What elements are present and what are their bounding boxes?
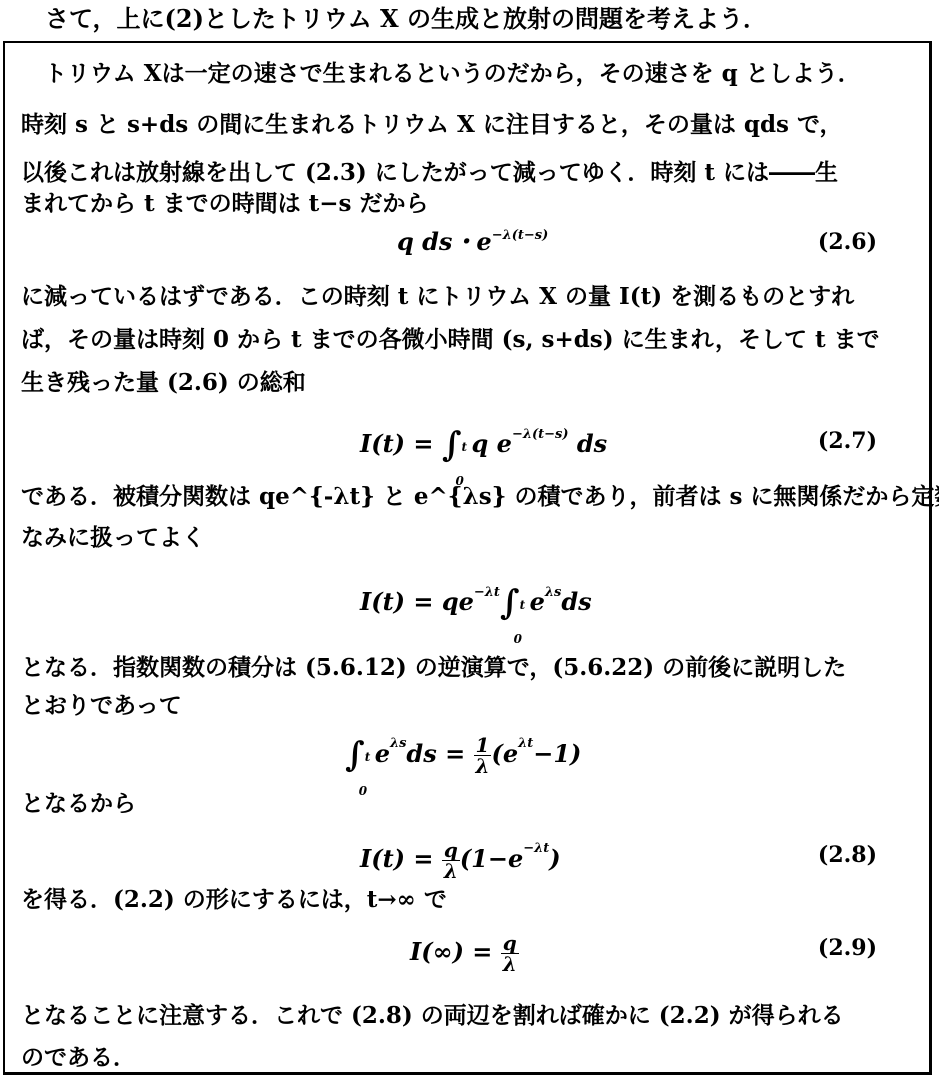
paragraph-line: まれてから t までの時間は t−s だから [21, 189, 429, 219]
intro-line: さて，上に(2)としたトリウム X の生成と放射の問題を考えよう． [45, 2, 767, 36]
equation-number: (2.7) [818, 426, 877, 456]
paragraph-line: 以後これは放射線を出して (2.3) にしたがって減ってゆく．時刻 t には――… [21, 158, 838, 188]
equation-exp-integral: ∫t0eλsds = 1λ(eλt−1) [345, 735, 581, 776]
equation-2-8: I(t) = qλ(1−e−λt) (2.8) [360, 840, 917, 881]
equation-number: (2.6) [818, 227, 877, 257]
paragraph-line: のである． [21, 1043, 136, 1073]
equation-factored-integral: I(t) = qe−λt∫t0eλsds [360, 584, 592, 617]
paragraph-line: である．被積分関数は qe^{-λt} と e^{λs} の積であり，前者は s… [21, 482, 939, 512]
paragraph-line: なみに扱ってよく [21, 523, 205, 553]
paragraph-line: トリウム Xは一定の速さで生まれるというのだから，その速さを q としよう． [21, 59, 861, 89]
paragraph-line: に減っているはずである．この時刻 t にトリウム X の量 I(t) を測るもの… [21, 282, 854, 312]
paragraph-line: ば，その量は時刻 0 から t までの各微小時間 (s, s+ds) に生まれ，… [21, 325, 880, 355]
boxed-derivation: トリウム Xは一定の速さで生まれるというのだから，その速さを q としよう． 時… [3, 41, 932, 1075]
equation-number: (2.9) [818, 933, 877, 963]
paragraph-line: 時刻 s と s+ds の間に生まれるトリウム X に注目すると，その量は qd… [21, 110, 843, 140]
paragraph-line: となることに注意する．これで (2.8) の両辺を割れば確かに (2.2) が得… [21, 1001, 844, 1031]
paragraph-line: とおりであって [21, 691, 182, 721]
equation-2-9: I(∞) = qλ (2.9) [410, 933, 917, 974]
equation-2-7: I(t) = ∫t0q e−λ(t−s) ds (2.7) [360, 426, 917, 459]
paragraph-line: を得る．(2.2) の形にするには，t→∞ で [21, 885, 447, 915]
equation-2-6: q ds・e−λ(t−s) (2.6) [397, 227, 917, 257]
equation-number: (2.8) [818, 840, 877, 870]
paragraph-line: となる．指数関数の積分は (5.6.12) の逆演算で，(5.6.22) の前後… [21, 653, 846, 683]
paragraph-line: となるから [21, 789, 136, 819]
paragraph-line: 生き残った量 (2.6) の総和 [21, 368, 306, 398]
